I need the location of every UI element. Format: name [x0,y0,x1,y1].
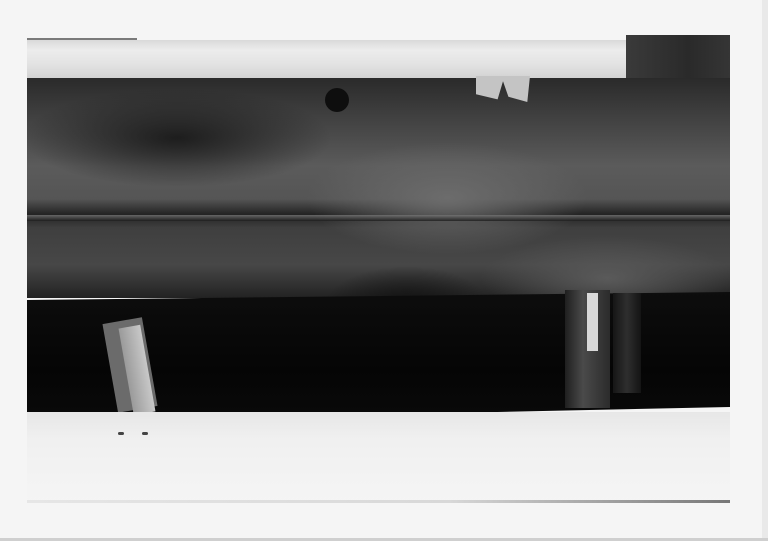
dark-wood-block [626,35,730,80]
floor-spot [118,432,124,435]
floor-spot [142,432,148,435]
post-tag [587,293,598,351]
beam-seam [27,215,730,221]
weathered-beam [27,78,730,298]
floor-edge [27,500,730,503]
photograph [0,0,768,541]
white-floor [27,412,730,504]
print-border-right [762,0,768,541]
wood-knot [325,88,349,112]
wooden-post-right-2 [613,293,641,393]
